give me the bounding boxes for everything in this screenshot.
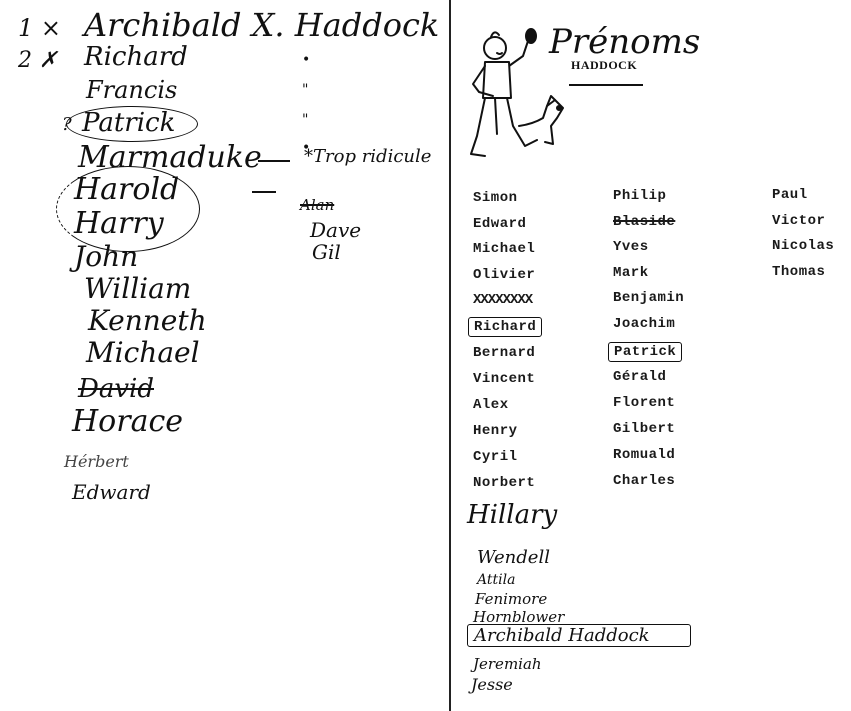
col1-name: Michael	[473, 241, 535, 257]
col2-name: Joachim	[613, 316, 675, 332]
col3-name: Nicolas	[772, 238, 834, 254]
col1-name: Cyril	[473, 449, 518, 465]
list-prefix-1: 1 ×	[18, 14, 61, 42]
name-michael: Michael	[86, 336, 200, 369]
col3-name: Thomas	[772, 264, 825, 280]
col2-name: Charles	[613, 473, 675, 489]
typed-name-list: Prénoms HADDOCK Simon Edward Michael Oli…	[451, 0, 851, 711]
mark-2: "	[302, 82, 308, 98]
col1-name: Edward	[473, 216, 526, 232]
haddock-underline	[569, 84, 643, 86]
col2-name: Philip	[613, 188, 666, 204]
struck-alan: Alan	[300, 196, 334, 214]
name-john: John	[74, 240, 138, 273]
circle-patrick	[66, 106, 198, 142]
name-archibald-haddock: Archibald X. Haddock	[84, 6, 439, 44]
col2-name: Gilbert	[613, 421, 675, 437]
haddock-label: HADDOCK	[571, 58, 637, 73]
col2-name: Gérald	[613, 369, 666, 385]
name-archibald-haddock-boxed: Archibald Haddock	[467, 624, 691, 647]
mark-3: "	[302, 112, 308, 128]
col2-name-boxed-patrick: Patrick	[608, 342, 682, 362]
col1-name: Bernard	[473, 345, 535, 361]
name-kenneth: Kenneth	[88, 304, 207, 337]
name-jeremiah: Jeremiah	[473, 655, 542, 673]
mark-1: •	[302, 52, 310, 68]
name-dave: Dave	[310, 218, 361, 242]
col2-name: Benjamin	[613, 290, 684, 306]
name-edward: Edward	[72, 480, 151, 504]
col2-name: Florent	[613, 395, 675, 411]
col2-name: Mark	[613, 265, 649, 281]
name-francis: Francis	[86, 76, 177, 104]
dash-harold	[252, 191, 276, 193]
col1-name: Henry	[473, 423, 518, 439]
handwritten-name-list: 1 × Archibald X. Haddock 2 ✗ Richard Fra…	[0, 0, 449, 711]
name-jesse: Jesse	[471, 675, 513, 694]
name-gil: Gil	[312, 240, 341, 264]
note-trop-ridicule: *Trop ridicule	[304, 146, 431, 167]
name-richard: Richard	[84, 42, 188, 72]
col1-name: Norbert	[473, 475, 535, 491]
name-herbert: Hérbert	[64, 452, 129, 471]
col3-name: Paul	[772, 187, 808, 203]
col2-name: Yves	[613, 239, 649, 255]
col2-name: Romuald	[613, 447, 675, 463]
list-prefix-2: 2 ✗	[18, 48, 57, 73]
col2-name-struck: Blaside	[613, 214, 675, 230]
col1-name: Alex	[473, 397, 509, 413]
signature-prenoms: Prénoms	[549, 22, 700, 62]
name-hillary: Hillary	[467, 500, 557, 530]
name-william: William	[84, 272, 191, 305]
name-fenimore: Fenimore	[475, 590, 547, 608]
col1-name: Olivier	[473, 267, 535, 283]
col1-name-struck: XXXXXXXX	[473, 292, 532, 308]
col3-name: Victor	[772, 213, 825, 229]
col1-name: Vincent	[473, 371, 535, 387]
name-wendell: Wendell	[477, 547, 550, 568]
col1-name: Simon	[473, 190, 518, 206]
name-david: David	[78, 374, 154, 404]
name-attila: Attila	[477, 572, 515, 588]
name-horace: Horace	[72, 404, 183, 439]
col1-name-boxed-richard: Richard	[468, 317, 542, 337]
dash-marmaduke	[258, 160, 290, 162]
